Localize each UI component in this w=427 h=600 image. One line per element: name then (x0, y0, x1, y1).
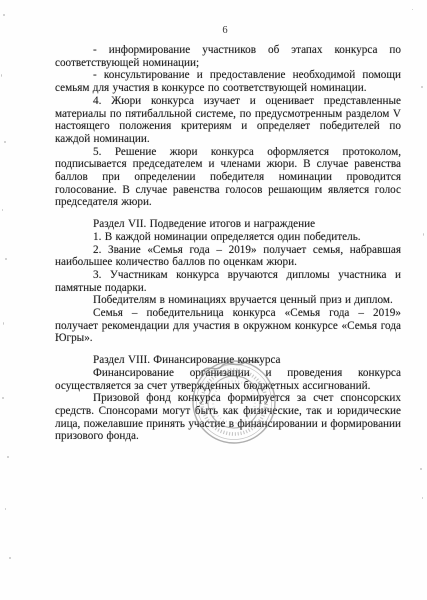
scan-speck (1, 74, 2, 77)
scan-speck (420, 468, 422, 470)
paragraph-diplomas: 3. Участникам конкурса вручаются дипломы… (55, 269, 401, 294)
paragraph-jury-evaluation: 4. Жюри конкурса изучает и оценивает пре… (55, 95, 401, 146)
round-seal-stamp-icon: города (184, 352, 284, 452)
paragraph-family-title: 2. Звание «Семья года – 2019» получает с… (55, 244, 401, 269)
scan-speck (422, 497, 423, 499)
scan-speck (3, 14, 5, 16)
list-item-consulting: - консультирование и предоставление необ… (55, 69, 401, 94)
section-heading-vii: Раздел VII. Подведение итогов и награжде… (55, 218, 401, 231)
paragraph-nomination-prize: Победителям в номинациях вручается ценны… (55, 294, 401, 307)
stamp-inner-text-blur (211, 379, 258, 426)
scan-speck (5, 258, 7, 260)
scan-speck (9, 557, 11, 559)
scan-speck (423, 233, 424, 236)
scan-speck (421, 86, 423, 88)
scan-speck (412, 9, 413, 10)
paragraph-jury-decision: 5. Решение жюри конкурса оформляется про… (55, 146, 401, 210)
scan-speck (3, 322, 4, 325)
scan-speck (7, 456, 9, 458)
scan-speck (2, 397, 4, 399)
stamp-ring-text-blur (198, 366, 269, 437)
scanned-document-page: 6 - информирование участников об этапах … (0, 0, 427, 600)
page-number: 6 (55, 25, 395, 36)
scan-speck (2, 209, 3, 211)
paragraph-one-winner: 1. В каждой номинации определяется один … (55, 231, 401, 244)
paragraph-ugra-contest: Семья – победительница конкурса «Семья г… (55, 307, 401, 345)
scan-speck (5, 508, 6, 510)
scan-speck (4, 141, 6, 143)
list-item-informing: - информирование участников об этапах ко… (55, 44, 401, 69)
